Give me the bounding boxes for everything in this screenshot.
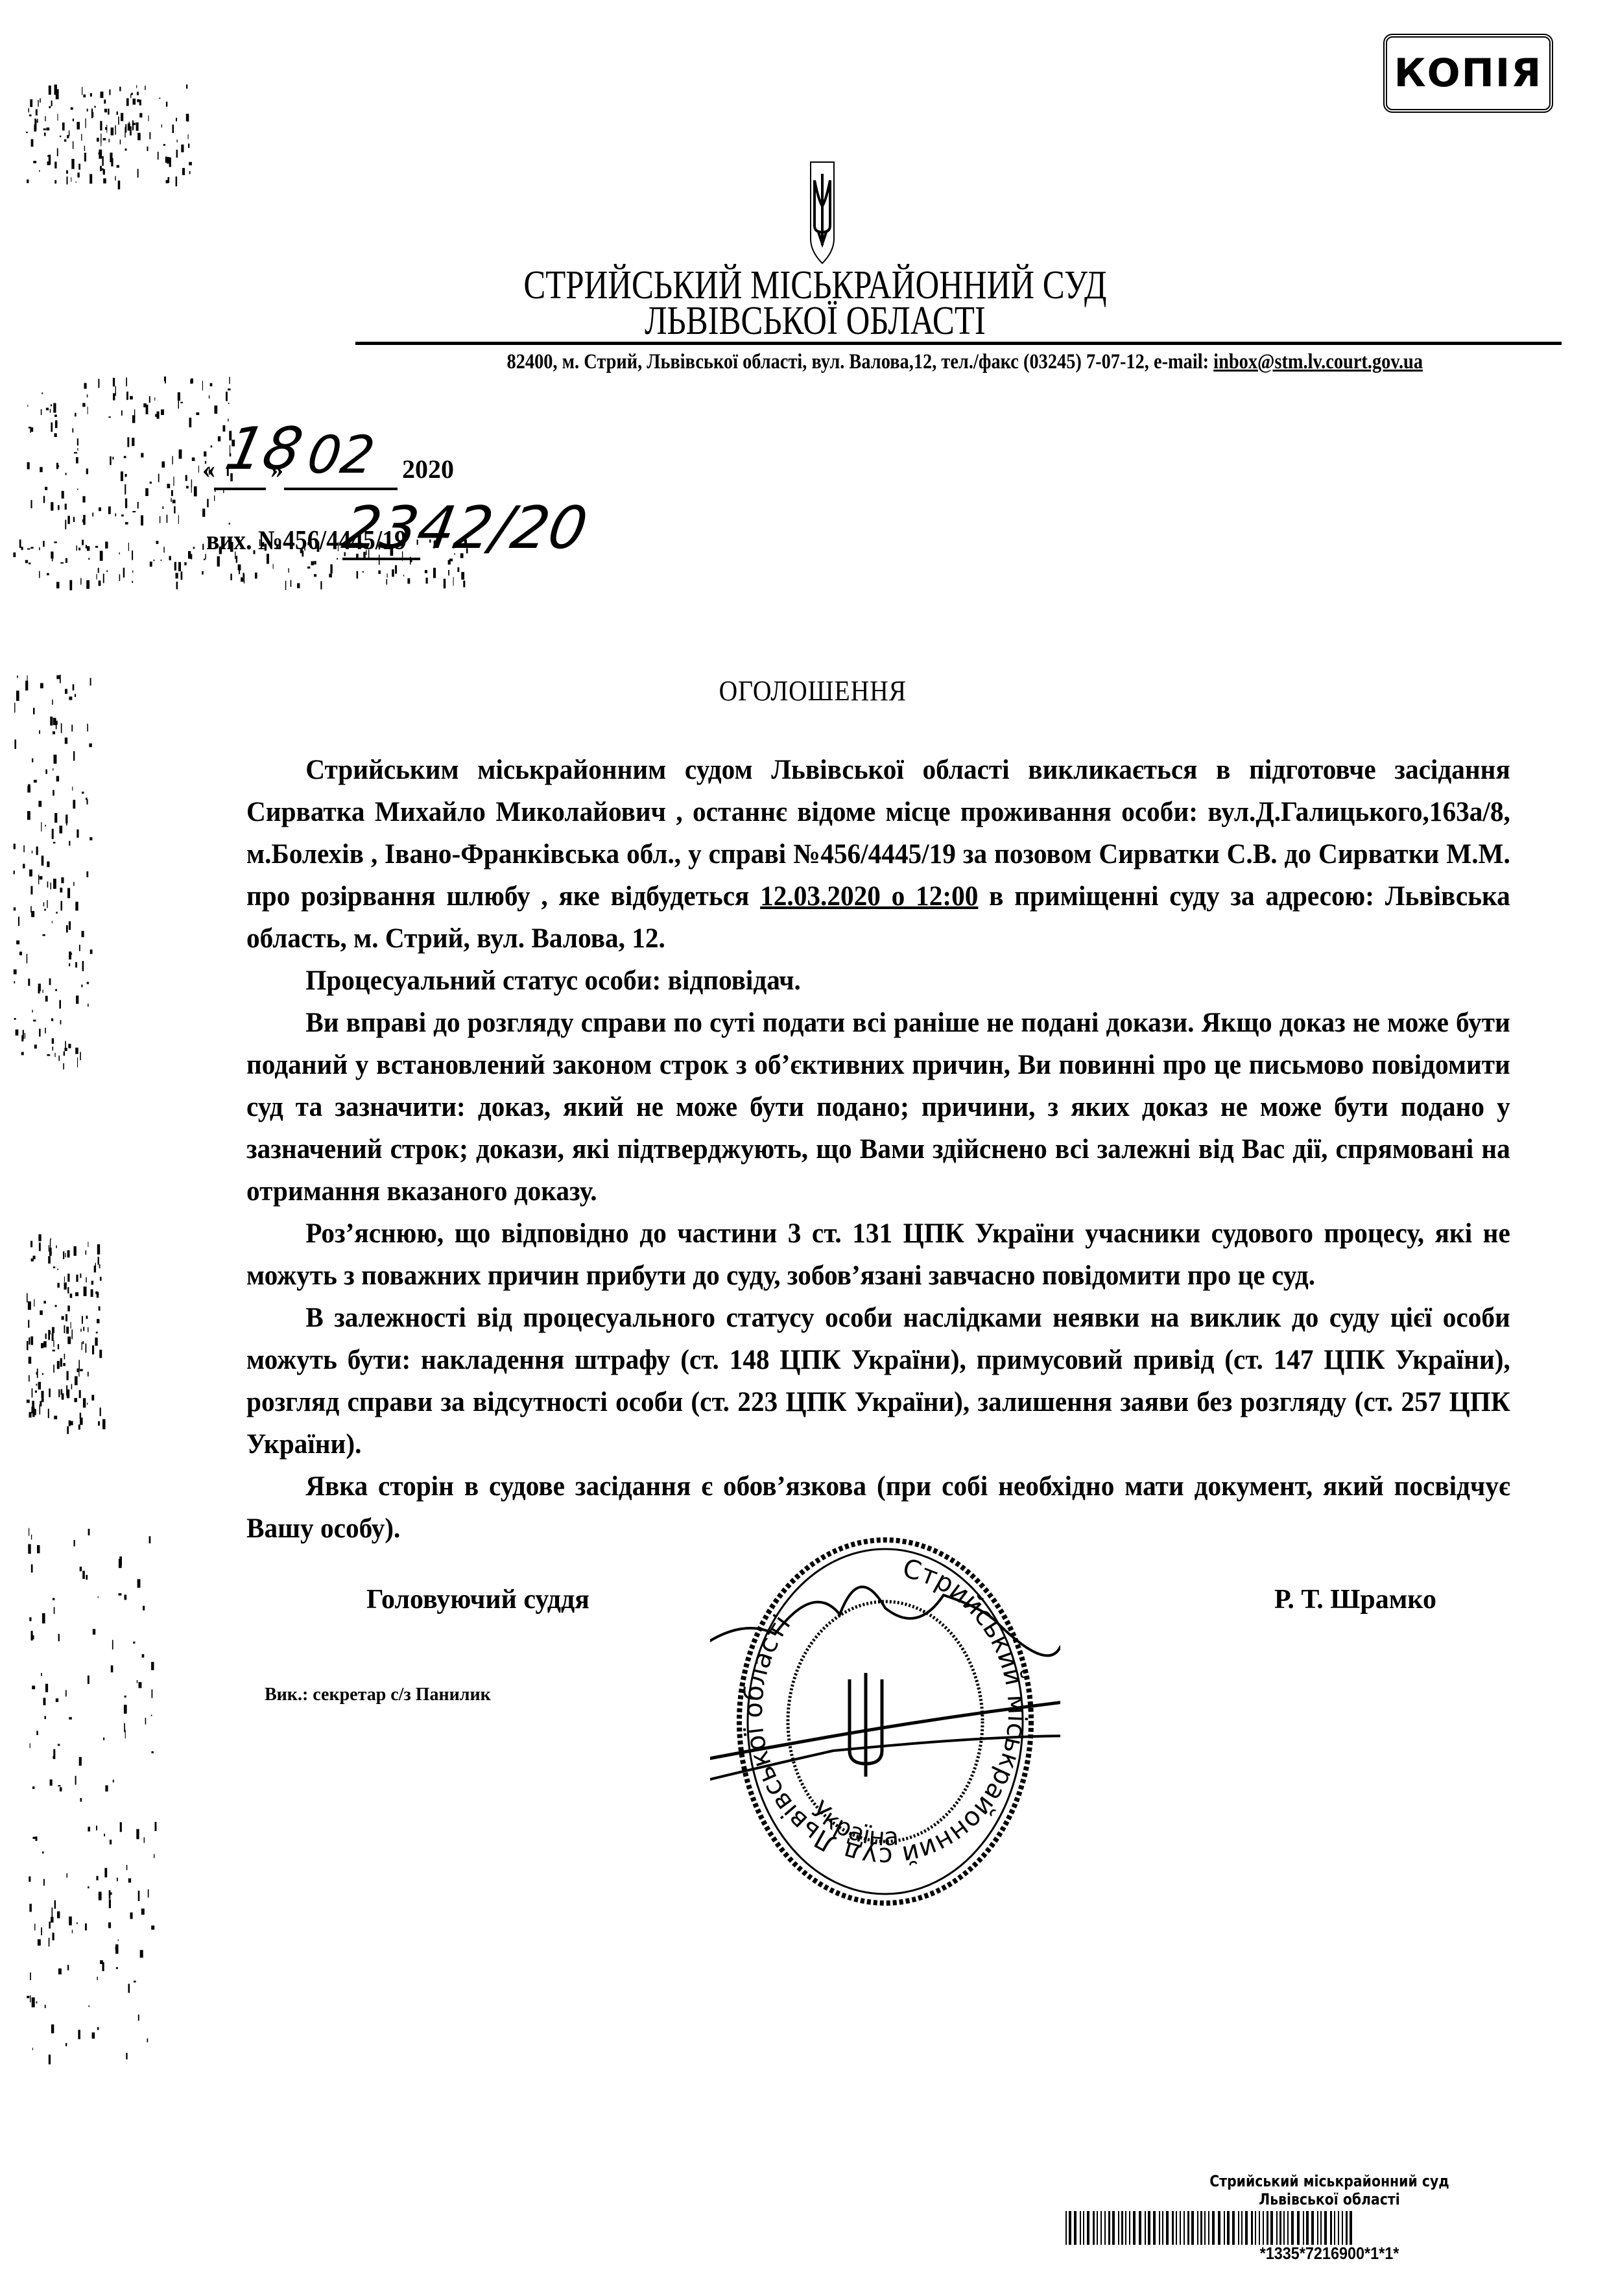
date-quote-close: » <box>270 454 283 484</box>
court-address: 82400, м. Стрий, Львівської області, вул… <box>446 350 1484 374</box>
paragraph-consequences: В залежності від процесуального статусу … <box>246 1297 1510 1465</box>
footer-court-name: Стрийський міськрайонний суд Львівської … <box>1093 2172 1567 2208</box>
executor-line: Вик.: секретар с/з Панилик <box>265 1685 491 1705</box>
copy-stamp-label: КОПІЯ <box>1394 51 1543 96</box>
date-month-handwritten: 02 <box>303 425 378 485</box>
date-day-underline <box>214 488 266 490</box>
trident-coat-of-arms-icon <box>809 161 835 265</box>
barcode-value: *1335*7216900*1*1* <box>1078 2243 1580 2264</box>
copy-stamp: КОПІЯ <box>1383 34 1553 113</box>
paragraph-evidence: Ви вправі до розгляду справи по суті под… <box>246 1002 1510 1213</box>
outgoing-underline <box>342 558 420 560</box>
paragraph-summons: Стрийським міськрайонним судом Львівсько… <box>246 749 1510 960</box>
presiding-judge-label: Головуючий суддя <box>366 1584 589 1615</box>
paragraph-status: Процесуальний статус особи: відповідач. <box>246 960 1510 1002</box>
court-seal-icon: Стрийський міськрайонний суд Львівської … <box>710 1530 1060 1913</box>
header-divider <box>355 342 1562 345</box>
address-text: 82400, м. Стрий, Львівської області, вул… <box>507 350 1214 373</box>
email-link[interactable]: inbox@stm.lv.court.gov.ua <box>1213 350 1423 373</box>
date-quote-open: « <box>202 454 215 484</box>
announcement-body: Стрийським міськрайонним судом Львівсько… <box>246 749 1510 1550</box>
barcode-icon <box>1065 2211 1354 2245</box>
date-month-underline <box>284 488 398 490</box>
date-day-handwritten: 18 <box>220 415 309 483</box>
date-year: 2020 <box>402 454 454 484</box>
outgoing-number-handwritten: 2342/20 <box>338 494 592 562</box>
court-name-line2: ЛЬВІВСЬКОЇ ОБЛАСТІ <box>152 298 1479 344</box>
document-heading: ОГОЛОШЕННЯ <box>85 674 1541 707</box>
judge-name: Р. Т. Шрамко <box>1274 1584 1436 1615</box>
paragraph-explanation: Роз’яснюю, що відповідно до частини 3 ст… <box>246 1213 1510 1297</box>
hearing-datetime: 12.03.2020 о 12:00 <box>760 881 978 912</box>
